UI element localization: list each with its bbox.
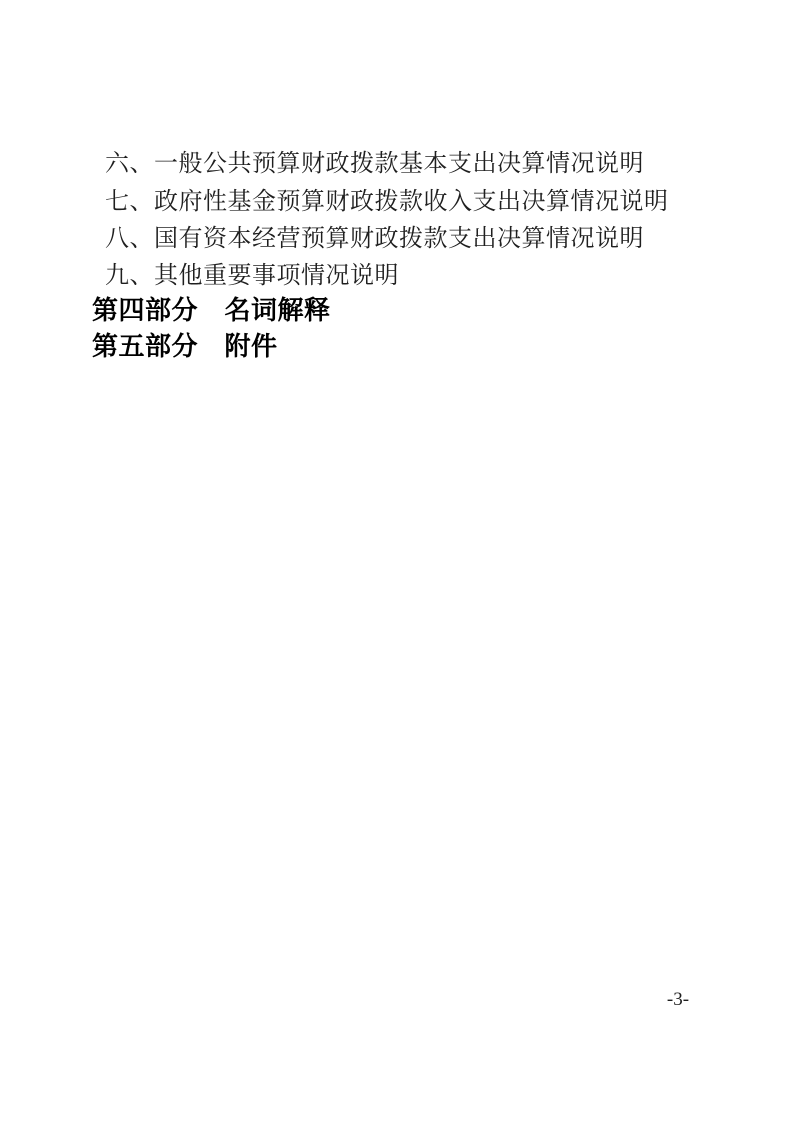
toc-item-6: 六、一般公共预算财政拨款基本支出决算情况说明	[105, 150, 644, 178]
section-heading-part5: 第五部分 附件	[92, 332, 278, 362]
toc-item-8: 八、国有资本经营预算财政拨款支出决算情况说明	[105, 225, 644, 253]
toc-item-9: 九、其他重要事项情况说明	[105, 262, 399, 290]
toc-item-7: 七、政府性基金预算财政拨款收入支出决算情况说明	[105, 188, 669, 216]
page-number: -3-	[650, 989, 706, 1011]
document-page: 六、一般公共预算财政拨款基本支出决算情况说明 七、政府性基金预算财政拨款收入支出…	[0, 0, 793, 1122]
section-heading-part4: 第四部分 名词解释	[92, 296, 331, 326]
